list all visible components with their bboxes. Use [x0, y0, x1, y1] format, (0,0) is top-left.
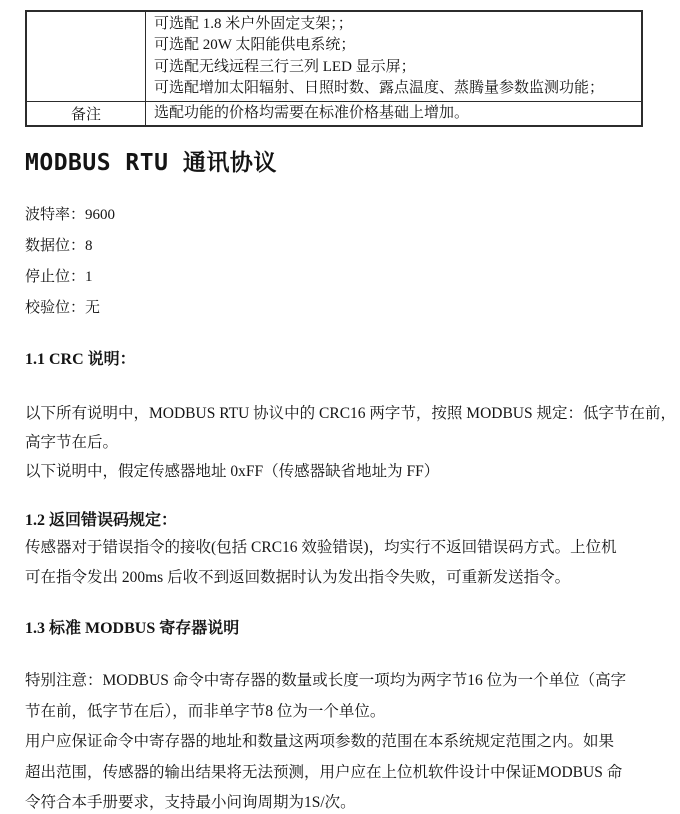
text-line: 特别注意：MODBUS 命令中寄存器的数量或长度一项均为两字节16 位为一个单位… [25, 666, 657, 697]
option-line: 可选配 20W 太阳能供电系统； [154, 35, 637, 56]
section-body-1-1: 以下所有说明中，MODBUS RTU 协议中的 CRC16 两字节，按照 MOD… [25, 399, 657, 486]
text-line: 超出范围，传感器的输出结果将无法预测，用户应在上位机软件设计中保证MODBUS … [25, 758, 657, 789]
option-line: 可选配无线远程三行三列 LED 显示屏； [154, 57, 637, 78]
text-line: 以下所有说明中，MODBUS RTU 协议中的 CRC16 两字节，按照 MOD… [25, 399, 657, 428]
text-line: 可在指令发出 200ms 后收不到返回数据时认为发出指令失败，可重新发送指令。 [25, 563, 657, 593]
section-body-1-2: 传感器对于错误指令的接收(包括 CRC16 效验错误)，均实行不返回错误码方式。… [25, 533, 657, 593]
options-table: 可选配 1.8 米户外固定支架；； 可选配 20W 太阳能供电系统； 可选配无线… [25, 10, 643, 127]
section-heading-1-2: 1.2 返回错误码规定： [25, 512, 177, 529]
section-body-1-3: 特别注意：MODBUS 命令中寄存器的数量或长度一项均为两字节16 位为一个单位… [25, 666, 657, 814]
text-line: 令符合本手册要求，支持最小问询周期为1S/次。 [25, 788, 657, 814]
section-heading-1-3: 1.3 标准 MODBUS 寄存器说明 [25, 620, 239, 637]
text-line: 传感器对于错误指令的接收(包括 CRC16 效验错误)，均实行不返回错误码方式。… [25, 533, 657, 563]
param-stop-bits: 停止位：1 [25, 262, 115, 293]
row-label-cell [26, 11, 146, 102]
remark-line: 选配功能的价格均需要在标准价格基础上增加。 [154, 103, 637, 124]
comm-params: 波特率：9600 数据位：8 停止位：1 校验位：无 [25, 200, 115, 324]
option-line: 可选配增加太阳辐射、日照时数、露点温度、蒸腾量参数监测功能； [154, 78, 637, 99]
text-line: 以下说明中，假定传感器地址 0xFF（传感器缺省地址为 FF） [25, 457, 657, 486]
table-row-remark: 备注 选配功能的价格均需要在标准价格基础上增加。 [26, 102, 642, 127]
param-baud-rate: 波特率：9600 [25, 200, 115, 231]
row-content-cell: 可选配 1.8 米户外固定支架；； 可选配 20W 太阳能供电系统； 可选配无线… [146, 11, 643, 102]
text-line: 高字节在后。 [25, 428, 657, 457]
text-line: 节在前，低字节在后），而非单字节8 位为一个单位。 [25, 697, 657, 728]
param-parity: 校验位：无 [25, 293, 115, 324]
page-title: MODBUS RTU 通讯协议 [25, 144, 277, 177]
option-line: 可选配 1.8 米户外固定支架；； [154, 14, 637, 35]
section-heading-1-1: 1.1 CRC 说明： [25, 351, 136, 368]
text-line: 用户应保证命令中寄存器的地址和数量这两项参数的范围在本系统规定范围之内。如果 [25, 727, 657, 758]
row-label-cell: 备注 [26, 102, 146, 127]
document-page: 可选配 1.8 米户外固定支架；； 可选配 20W 太阳能供电系统； 可选配无线… [0, 0, 680, 814]
table-row-options: 可选配 1.8 米户外固定支架；； 可选配 20W 太阳能供电系统； 可选配无线… [26, 11, 642, 102]
row-content-cell: 选配功能的价格均需要在标准价格基础上增加。 [146, 102, 643, 127]
param-data-bits: 数据位：8 [25, 231, 115, 262]
